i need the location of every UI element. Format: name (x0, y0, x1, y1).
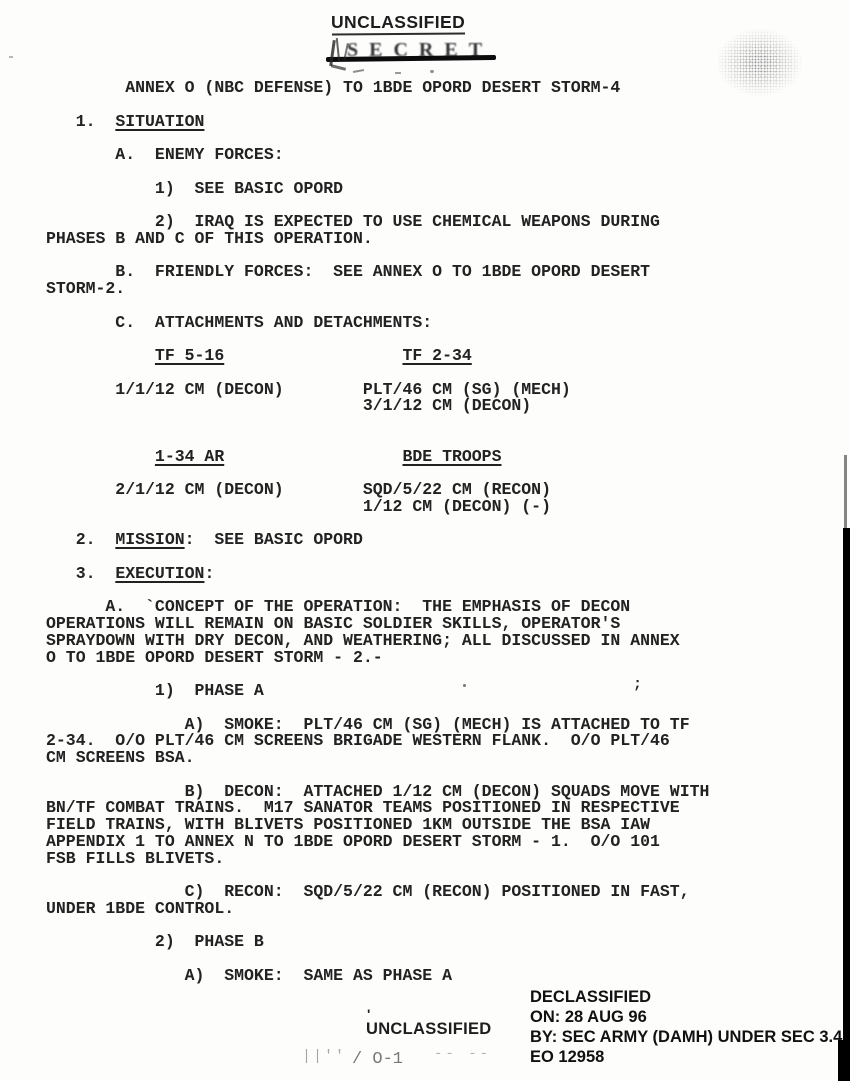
stamp-underline (332, 33, 465, 36)
doc-line: A. ENEMY FORCES: (46, 147, 709, 164)
doc-text: A. ENEMY FORCES: (46, 145, 284, 164)
doc-line: STORM-2. (46, 281, 709, 298)
footer-smudge: -- -- (434, 1046, 491, 1062)
page-number: / O-1 (352, 1050, 403, 1069)
doc-text: 3/1/12 CM (DECON) (46, 396, 531, 415)
doc-text: 1) PHASE A (46, 681, 264, 700)
doc-underlined-text: 1-34 AR (155, 447, 224, 466)
doc-line: 3/1/12 CM (DECON) (46, 398, 709, 415)
doc-text: CM SCREENS BSA. (46, 748, 195, 767)
doc-text: : (204, 564, 214, 583)
doc-line: TF 5-16 TF 2-34 (46, 348, 709, 365)
doc-text: 1) SEE BASIC OPORD (46, 179, 343, 198)
doc-text: FSB FILLS BLIVETS. (46, 849, 224, 868)
scan-noise-blob (712, 22, 820, 114)
doc-line: UNDER 1BDE CONTROL. (46, 901, 709, 918)
doc-line: O TO 1BDE OPORD DESERT STORM - 2.- (46, 650, 709, 667)
doc-underlined-text: SITUATION (115, 112, 204, 131)
doc-line: C. ATTACHMENTS AND DETACHMENTS: (46, 315, 709, 332)
doc-line: 3. EXECUTION: (46, 566, 709, 583)
doc-text: ANNEX O (NBC DEFENSE) TO 1BDE OPORD DESE… (46, 78, 620, 97)
doc-text (46, 346, 155, 365)
doc-line: 2) PHASE B (46, 934, 709, 951)
pen-scribble (395, 72, 401, 74)
stray-dot (9, 56, 13, 58)
doc-line: FSB FILLS BLIVETS. (46, 851, 709, 868)
doc-underlined-text: MISSION (115, 530, 184, 549)
declassified-line: EO 12958 (530, 1047, 842, 1067)
doc-text (46, 447, 155, 466)
declassified-block: DECLASSIFIEDON: 28 AUG 96BY: SEC ARMY (D… (530, 987, 842, 1067)
pen-scribble (331, 64, 346, 70)
doc-text: C. ATTACHMENTS AND DETACHMENTS: (46, 313, 432, 332)
pen-scribble (430, 70, 434, 73)
doc-line: 1/12 CM (DECON) (-) (46, 499, 709, 516)
doc-underlined-text: EXECUTION (115, 564, 204, 583)
doc-underlined-text: TF 2-34 (402, 346, 471, 365)
doc-underlined-text: BDE TROOPS (402, 447, 501, 466)
doc-line: 2. MISSION: SEE BASIC OPORD (46, 532, 709, 549)
doc-text: 1/12 CM (DECON) (-) (46, 497, 551, 516)
doc-text: 2) PHASE B (46, 932, 264, 951)
doc-text (224, 346, 402, 365)
declassified-line: ON: 28 AUG 96 (530, 1007, 842, 1027)
doc-text: 2. (46, 530, 115, 549)
doc-line: ANNEX O (NBC DEFENSE) TO 1BDE OPORD DESE… (46, 80, 709, 97)
doc-line: A) SMOKE: SAME AS PHASE A (46, 968, 709, 985)
pen-scribble (329, 40, 335, 66)
doc-text: 1. (46, 112, 115, 131)
declassified-line: BY: SEC ARMY (DAMH) UNDER SEC 3.4 (530, 1027, 842, 1047)
scan-edge-bar (843, 528, 850, 1081)
top-unclassified-stamp: UNCLASSIFIED (331, 12, 465, 33)
scanned-document-page: UNCLASSIFIED SECRET ; ANNEX O (NBC DEFEN… (0, 0, 850, 1081)
footer-smudge: ||'' (302, 1048, 346, 1065)
doc-text: 3. (46, 564, 115, 583)
doc-line: 1-34 AR BDE TROOPS (46, 449, 709, 466)
declassified-line: DECLASSIFIED (530, 987, 842, 1007)
doc-text: UNDER 1BDE CONTROL. (46, 899, 234, 918)
doc-underlined-text: TF 5-16 (155, 346, 224, 365)
doc-text: B. FRIENDLY FORCES: SEE ANNEX O TO 1BDE … (46, 262, 650, 281)
doc-line (46, 415, 709, 432)
scan-edge-bar (838, 1040, 850, 1081)
doc-line: CM SCREENS BSA. (46, 750, 709, 767)
doc-text: A) SMOKE: SAME AS PHASE A (46, 966, 452, 985)
doc-text (224, 447, 402, 466)
doc-text: PHASES B AND C OF THIS OPERATION. (46, 229, 373, 248)
pen-scribble (353, 69, 364, 73)
bottom-unclassified-stamp: UNCLASSIFIED (366, 1020, 492, 1039)
doc-text: STORM-2. (46, 279, 125, 298)
doc-text: : SEE BASIC OPORD (185, 530, 363, 549)
doc-line: PHASES B AND C OF THIS OPERATION. (46, 231, 709, 248)
doc-line: B. FRIENDLY FORCES: SEE ANNEX O TO 1BDE … (46, 264, 709, 281)
doc-line: 1) PHASE A (46, 683, 709, 700)
document-body: ANNEX O (NBC DEFENSE) TO 1BDE OPORD DESE… (46, 80, 709, 985)
doc-text: O TO 1BDE OPORD DESERT STORM - 2.- (46, 648, 383, 667)
scan-edge-bar (844, 455, 847, 533)
doc-line: 1. SITUATION (46, 114, 709, 131)
doc-line: 1) SEE BASIC OPORD (46, 181, 709, 198)
